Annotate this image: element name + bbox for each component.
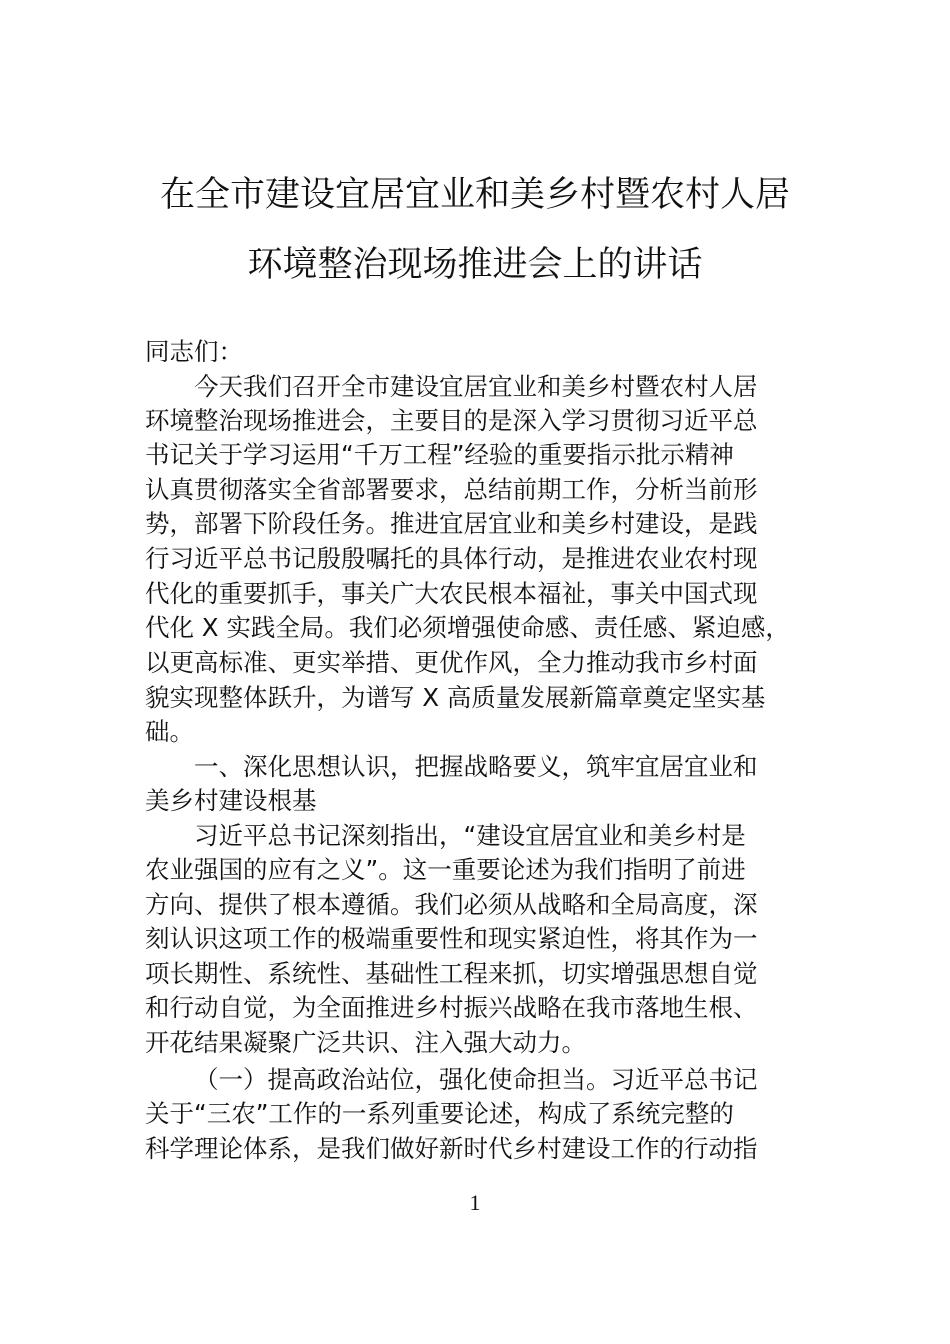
paragraph-line: 础。 <box>145 715 845 749</box>
paragraph-line: 貌实现整体跃升，为谱写 X 高质量发展新篇章奠定坚实基 <box>145 681 845 715</box>
paragraph-line: 开花结果凝聚广泛共识、注入强大动力。 <box>145 1026 845 1060</box>
paragraph-line: 代化 X 实践全局。我们必须增强使命感、责任感、紧迫感， <box>145 611 845 645</box>
paragraph-line: 方向、提供了根本遵循。我们必须从战略和全局高度，深 <box>145 888 845 922</box>
paragraph-line: 今天我们召开全市建设宜居宜业和美乡村暨农村人居 <box>194 370 894 404</box>
paragraph-line: 关于“三农”工作的一系列重要论述，构成了系统完整的 <box>145 1097 845 1131</box>
section-heading-line: 美乡村建设根基 <box>145 784 845 818</box>
paragraph-line: 农业强国的应有之义”。这一重要论述为我们指明了前进 <box>145 853 845 887</box>
document-title-line-1: 在全市建设宜居宜业和美乡村暨农村人居 <box>0 173 950 217</box>
paragraph-line: 势，部署下阶段任务。推进宜居宜业和美乡村建设，是践 <box>145 507 845 541</box>
paragraph-line: 科学理论体系，是我们做好新时代乡村建设工作的行动指 <box>145 1132 845 1166</box>
subsection-line: （一）提高政治站位，强化使命担当。习近平总书记 <box>194 1063 894 1097</box>
salutation: 同志们： <box>145 335 845 369</box>
paragraph-line: 项长期性、系统性、基础性工程来抓，切实增强思想自觉 <box>145 957 845 991</box>
document-title-line-2: 环境整治现场推进会上的讲话 <box>0 243 950 287</box>
paragraph-line: 行习近平总书记殷殷嘱托的具体行动，是推进农业农村现 <box>145 542 845 576</box>
paragraph-line: 和行动自觉，为全面推进乡村振兴战略在我市落地生根、 <box>145 991 845 1025</box>
paragraph-line: 以更高标准、更实举措、更优作风，全力推动我市乡村面 <box>145 646 845 680</box>
section-heading-line: 一、深化思想认识，把握战略要义，筑牢宜居宜业和 <box>194 750 894 784</box>
paragraph-line: 认真贯彻落实全省部署要求，总结前期工作，分析当前形 <box>145 473 845 507</box>
paragraph-line: 代化的重要抓手，事关广大农民根本福祉，事关中国式现 <box>145 577 845 611</box>
paragraph-line: 刻认识这项工作的极端重要性和现实紧迫性，将其作为一 <box>145 922 845 956</box>
paragraph-line: 书记关于学习运用“千万工程”经验的重要指示批示精神 <box>145 438 845 472</box>
page-number: 1 <box>0 1188 950 1218</box>
document-page: 在全市建设宜居宜业和美乡村暨农村人居 环境整治现场推进会上的讲话 同志们： 今天… <box>0 0 950 1344</box>
paragraph-line: 环境整治现场推进会，主要目的是深入学习贯彻习近平总 <box>145 404 845 438</box>
paragraph-line: 习近平总书记深刻指出，“建设宜居宜业和美乡村是 <box>194 819 894 853</box>
